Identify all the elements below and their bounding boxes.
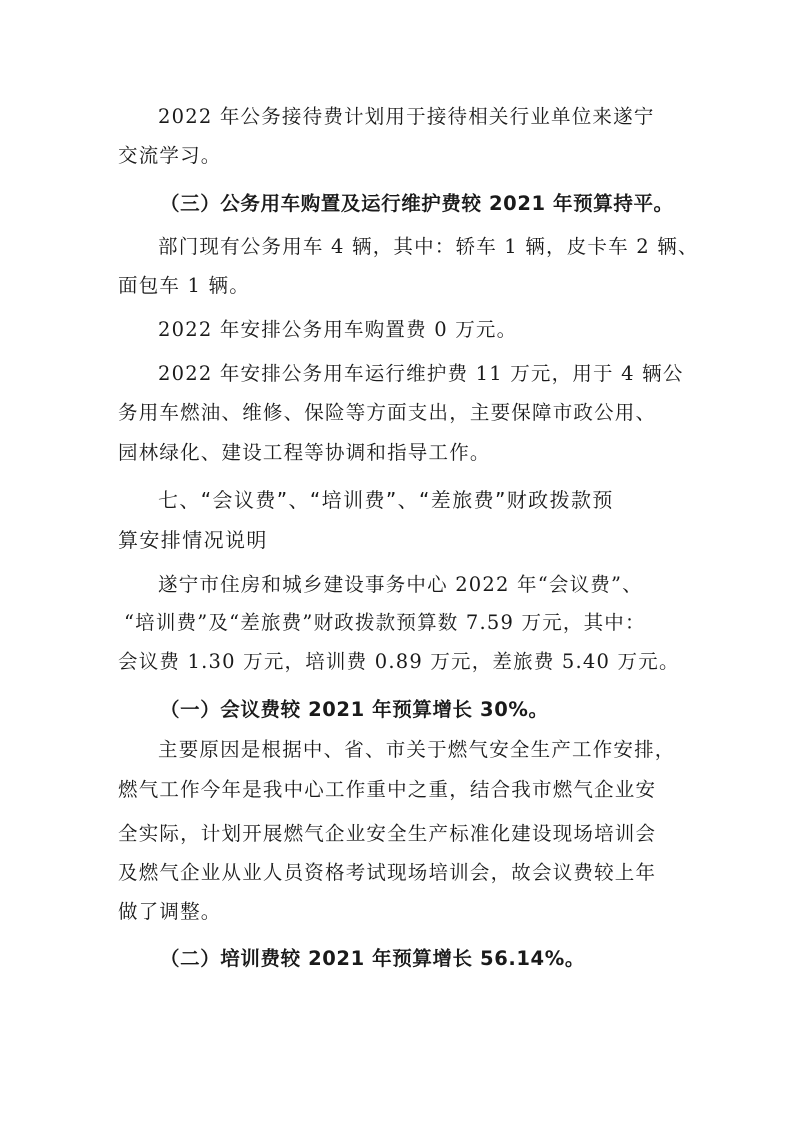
meeting-fee-heading: （一）会议费较 2021 年预算增长 30%。 [160, 697, 720, 723]
meeting-fee-reason-line-5: 做了调整。 [118, 899, 678, 925]
vehicle-maintenance-line-1: 2022 年安排公务用车运行维护费 11 万元，用于 4 辆公 [158, 361, 718, 387]
meeting-fee-reason-line-2: 燃气工作今年是我中心工作重中之重，结合我市燃气企业安 [118, 777, 678, 803]
training-fee-heading: （二）培训费较 2021 年预算增长 56.14%。 [160, 946, 720, 972]
document-page: 2022 年公务接待费计划用于接待相关行业单位来遂宁 交流学习。 （三）公务用车… [0, 0, 793, 1122]
vehicle-count-line-1: 部门现有公务用车 4 辆，其中：轿车 1 辆，皮卡车 2 辆、 [158, 234, 718, 260]
meeting-fee-reason-line-4: 及燃气企业从业人员资格考试现场培训会，故会议费较上年 [118, 860, 678, 886]
reception-plan-line-1: 2022 年公务接待费计划用于接待相关行业单位来遂宁 [158, 104, 718, 130]
three-fees-summary-line-2: “培训费”及“差旅费”财政拨款预算数 7.59 万元，其中： [124, 610, 684, 636]
vehicle-purchase-text: 2022 年安排公务用车购置费 0 万元。 [158, 317, 718, 343]
section-seven-heading-line-1: 七、“会议费”、“培训费”、“差旅费”财政拨款预 [158, 487, 718, 513]
meeting-fee-reason-line-1: 主要原因是根据中、省、市关于燃气安全生产工作安排， [158, 737, 718, 763]
section-seven-heading-line-2: 算安排情况说明 [118, 527, 678, 553]
reception-plan-line-2: 交流学习。 [118, 143, 678, 169]
vehicle-maintenance-line-3: 园林绿化、建设工程等协调和指导工作。 [118, 440, 678, 466]
vehicle-cost-heading: （三）公务用车购置及运行维护费较 2021 年预算持平。 [160, 191, 720, 217]
three-fees-summary-line-1: 遂宁市住房和城乡建设事务中心 2022 年“会议费”、 [158, 572, 718, 598]
meeting-fee-reason-line-3: 全实际，计划开展燃气企业安全生产标准化建设现场培训会 [118, 821, 678, 847]
three-fees-summary-line-3: 会议费 1.30 万元，培训费 0.89 万元，差旅费 5.40 万元。 [118, 649, 678, 675]
vehicle-count-line-2: 面包车 1 辆。 [118, 273, 678, 299]
vehicle-maintenance-line-2: 务用车燃油、维修、保险等方面支出，主要保障市政公用、 [118, 400, 678, 426]
